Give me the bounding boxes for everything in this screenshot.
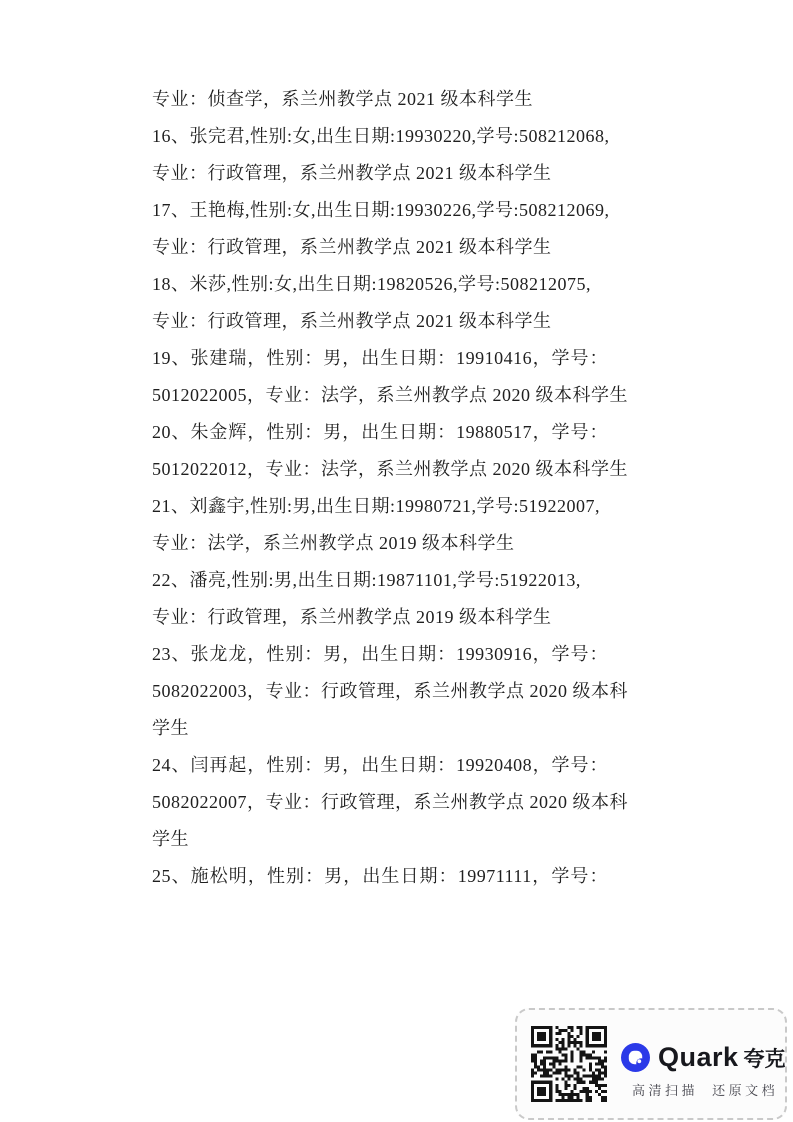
document-line: 18、米莎,性别:女,出生日期:19820526,学号:508212075,: [152, 266, 652, 303]
document-line: 专业：行政管理，系兰州教学点 2021 级本科学生: [152, 229, 652, 266]
document-body: 专业：侦查学，系兰州教学点 2021 级本科学生 16、张完君,性别:女,出生日…: [152, 81, 652, 895]
document-line: 学生: [152, 710, 652, 747]
brand-name-cjk: 夸克: [744, 1048, 786, 1071]
document-line: 21、刘鑫宇,性别:男,出生日期:19980721,学号:51922007,: [152, 488, 652, 525]
document-line: 专业：行政管理，系兰州教学点 2021 级本科学生: [152, 155, 652, 192]
brand-name: Quark夸克: [658, 1042, 786, 1073]
document-line: 5082022007，专业：行政管理，系兰州教学点 2020 级本科: [152, 784, 652, 821]
quark-logo-icon: [621, 1043, 650, 1072]
document-line: 专业：侦查学，系兰州教学点 2021 级本科学生: [152, 81, 652, 118]
document-line: 22、潘亮,性别:男,出生日期:19871101,学号:51922013,: [152, 562, 652, 599]
quark-brand-block: Quark夸克 高清扫描 还原文档: [621, 1042, 781, 1099]
qr-code-icon: [531, 1026, 607, 1102]
quark-watermark-badge: Quark夸克 高清扫描 还原文档: [515, 1008, 787, 1120]
document-line: 19、张建瑞，性别：男，出生日期：19910416，学号：: [152, 340, 608, 377]
document-line: 专业：行政管理，系兰州教学点 2021 级本科学生: [152, 303, 652, 340]
document-line: 17、王艳梅,性别:女,出生日期:19930226,学号:508212069,: [152, 192, 652, 229]
document-line: 5012022005，专业：法学，系兰州教学点 2020 级本科学生: [152, 377, 652, 414]
document-line: 5012022012，专业：法学，系兰州教学点 2020 级本科学生: [152, 451, 652, 488]
document-line: 5082022003，专业：行政管理，系兰州教学点 2020 级本科: [152, 673, 652, 710]
document-line: 专业：法学，系兰州教学点 2019 级本科学生: [152, 525, 652, 562]
document-line: 20、朱金辉，性别：男，出生日期：19880517，学号：: [152, 414, 608, 451]
document-line: 24、闫再起，性别：男，出生日期：19920408，学号：: [152, 747, 608, 784]
brand-name-latin: Quark: [658, 1042, 739, 1072]
document-line: 25、施松明，性别：男，出生日期：19971111，学号：: [152, 858, 608, 895]
watermark-tagline: 高清扫描 还原文档: [632, 1080, 781, 1099]
document-line: 专业：行政管理，系兰州教学点 2019 级本科学生: [152, 599, 652, 636]
scanned-document-page: 专业：侦查学，系兰州教学点 2021 级本科学生 16、张完君,性别:女,出生日…: [0, 0, 793, 1122]
document-line: 16、张完君,性别:女,出生日期:19930220,学号:508212068,: [152, 118, 652, 155]
document-line: 学生: [152, 821, 652, 858]
document-line: 23、张龙龙，性别：男，出生日期：19930916，学号：: [152, 636, 608, 673]
